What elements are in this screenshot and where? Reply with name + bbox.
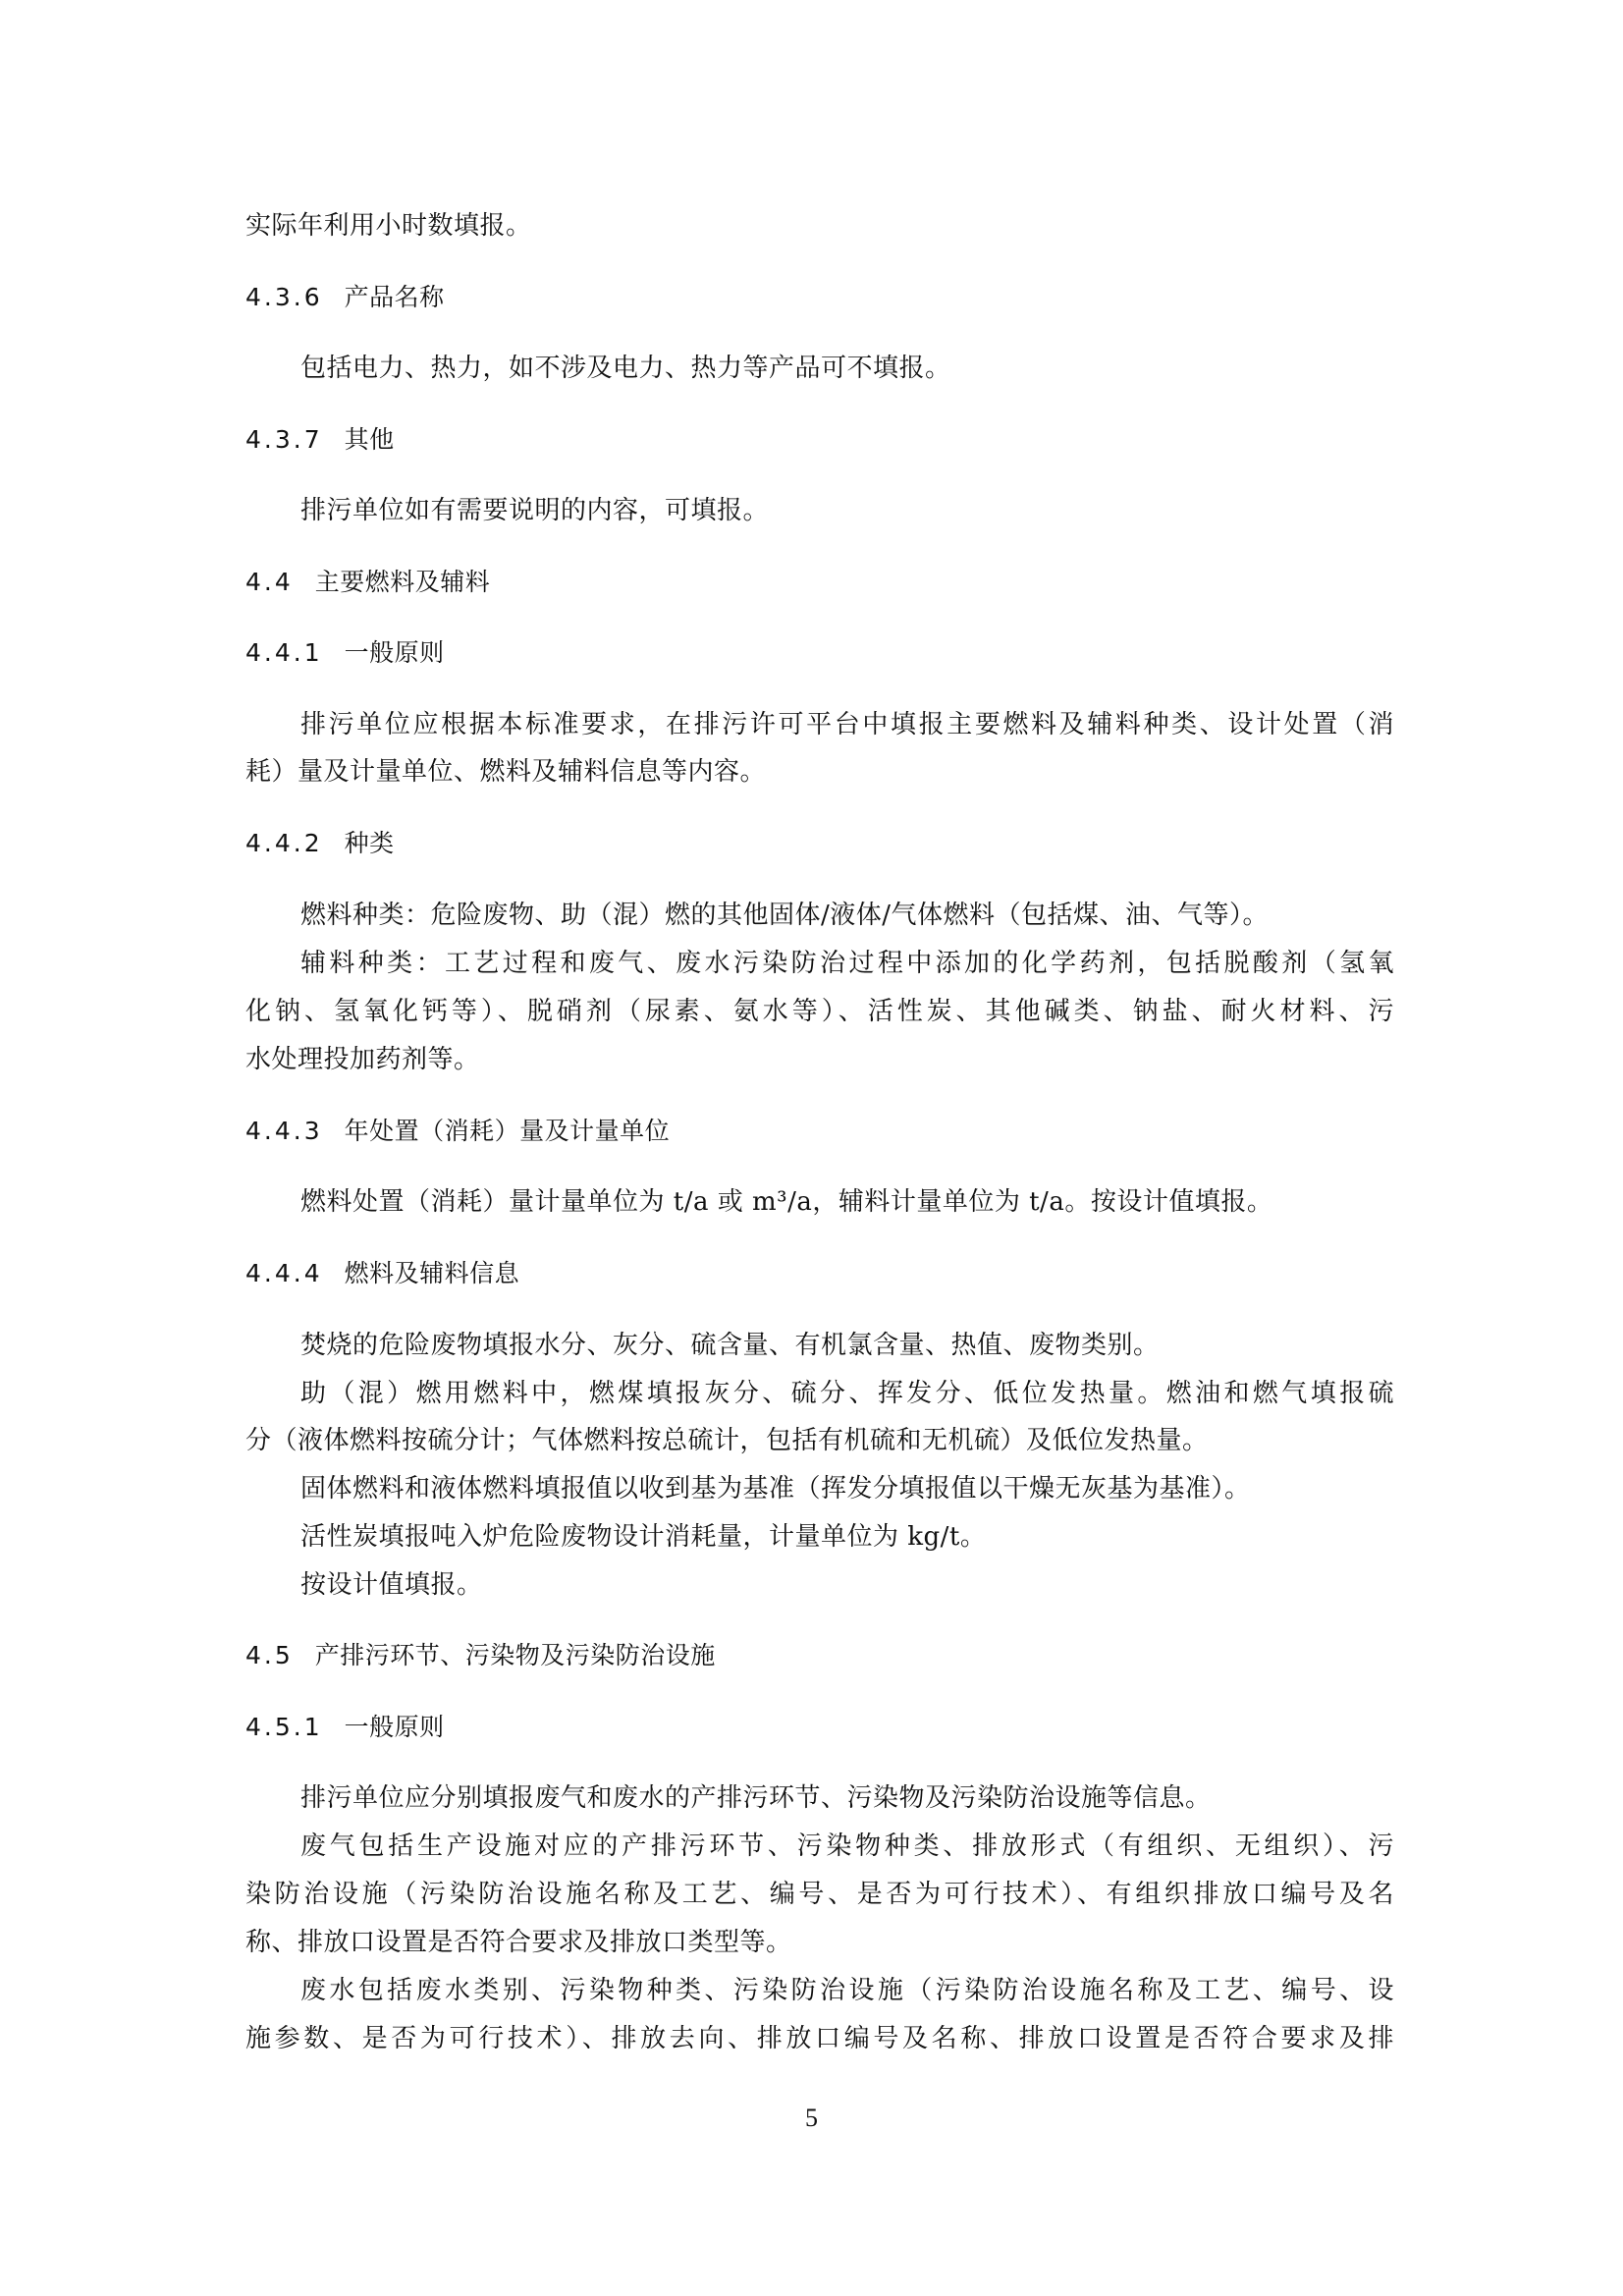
paragraph-line: 分（液体燃料按硫分计；气体燃料按总硫计，包括有机硫和无机硫）及低位发热量。 xyxy=(245,1423,1209,1458)
paragraph-line: 废水包括废水类别、污染物种类、污染防治设施（污染防治设施名称及工艺、编号、设 xyxy=(300,1973,1394,2008)
paragraph-line: 称、排放口设置是否符合要求及排放口类型等。 xyxy=(245,1925,792,1960)
section-number: 4.5.1 xyxy=(245,1710,323,1745)
section-number: 4.4.3 xyxy=(245,1114,323,1149)
section-number: 4.3.6 xyxy=(245,280,323,315)
paragraph-line: 活性炭填报吨入炉危险废物设计消耗量，计量单位为 kg/t。 xyxy=(300,1519,986,1555)
section-heading-4-5-1: 4.5.1一般原则 xyxy=(245,1710,445,1745)
section-number: 4.4.4 xyxy=(245,1256,323,1291)
section-heading-4-4-1: 4.4.1一般原则 xyxy=(245,635,445,671)
page-number: 5 xyxy=(0,2104,1623,2133)
section-heading-4-4: 4.4主要燃料及辅料 xyxy=(245,565,490,600)
paragraph-line: 实际年利用小时数填报。 xyxy=(245,208,532,244)
section-number: 4.4.2 xyxy=(245,826,323,861)
paragraph-line: 固体燃料和液体燃料填报值以收到基为基准（挥发分填报值以干燥无灰基为基准）。 xyxy=(300,1471,1251,1506)
paragraph-line: 排污单位如有需要说明的内容，可填报。 xyxy=(300,493,769,528)
paragraph-line: 化钠、氢氧化钙等）、脱硝剂（尿素、氨水等）、活性炭、其他碱类、钠盐、耐火材料、污 xyxy=(245,994,1394,1029)
paragraph-line: 燃料处置（消耗）量计量单位为 t/a 或 m³/a，辅料计量单位为 t/a。按设… xyxy=(300,1184,1272,1220)
paragraph-line: 燃料种类：危险废物、助（混）燃的其他固体/液体/气体燃料（包括煤、油、气等）。 xyxy=(300,898,1269,933)
section-title: 其他 xyxy=(345,425,395,454)
section-heading-4-5: 4.5产排污环节、污染物及污染防治设施 xyxy=(245,1638,716,1673)
section-heading-4-4-3: 4.4.3年处置（消耗）量及计量单位 xyxy=(245,1114,670,1149)
paragraph-line: 焚烧的危险废物填报水分、灰分、硫含量、有机氯含量、热值、废物类别。 xyxy=(300,1328,1160,1363)
paragraph-line: 按设计值填报。 xyxy=(300,1567,483,1603)
section-number: 4.3.7 xyxy=(245,422,323,458)
paragraph-line: 染防治设施（污染防治设施名称及工艺、编号、是否为可行技术）、有组织排放口编号及名 xyxy=(245,1877,1394,1912)
section-title: 产品名称 xyxy=(345,283,445,311)
paragraph-line: 耗）量及计量单位、燃料及辅料信息等内容。 xyxy=(245,754,766,790)
paragraph-line: 废气包括生产设施对应的产排污环节、污染物种类、排放形式（有组织、无组织）、污 xyxy=(300,1829,1394,1864)
section-title: 一般原则 xyxy=(345,638,445,667)
section-title: 主要燃料及辅料 xyxy=(315,568,491,596)
section-title: 一般原则 xyxy=(345,1713,445,1741)
paragraph-line: 施参数、是否为可行技术）、排放去向、排放口编号及名称、排放口设置是否符合要求及排 xyxy=(245,2021,1394,2056)
section-title: 产排污环节、污染物及污染防治设施 xyxy=(315,1641,716,1669)
paragraph-line: 包括电力、热力，如不涉及电力、热力等产品可不填报。 xyxy=(300,351,951,386)
section-number: 4.4 xyxy=(245,565,294,600)
section-heading-4-3-7: 4.3.7其他 xyxy=(245,422,395,458)
section-number: 4.5 xyxy=(245,1638,294,1673)
document-page: 实际年利用小时数填报。 4.3.6产品名称 包括电力、热力，如不涉及电力、热力等… xyxy=(0,0,1623,2296)
section-title: 燃料及辅料信息 xyxy=(345,1259,520,1287)
section-title: 种类 xyxy=(345,829,395,857)
section-heading-4-3-6: 4.3.6产品名称 xyxy=(245,280,445,315)
paragraph-line: 排污单位应根据本标准要求，在排污许可平台中填报主要燃料及辅料种类、设计处置（消 xyxy=(300,707,1394,742)
section-title: 年处置（消耗）量及计量单位 xyxy=(345,1117,671,1145)
section-heading-4-4-2: 4.4.2种类 xyxy=(245,826,395,861)
paragraph-line: 排污单位应分别填报废气和废水的产排污环节、污染物及污染防治设施等信息。 xyxy=(300,1780,1212,1816)
paragraph-line: 助（混）燃用燃料中，燃煤填报灰分、硫分、挥发分、低位发热量。燃油和燃气填报硫 xyxy=(300,1376,1394,1411)
section-number: 4.4.1 xyxy=(245,635,323,671)
section-heading-4-4-4: 4.4.4燃料及辅料信息 xyxy=(245,1256,519,1291)
paragraph-line: 水处理投加药剂等。 xyxy=(245,1042,480,1077)
paragraph-line: 辅料种类：工艺过程和废气、废水污染防治过程中添加的化学药剂，包括脱酸剂（氢氧 xyxy=(300,946,1394,981)
